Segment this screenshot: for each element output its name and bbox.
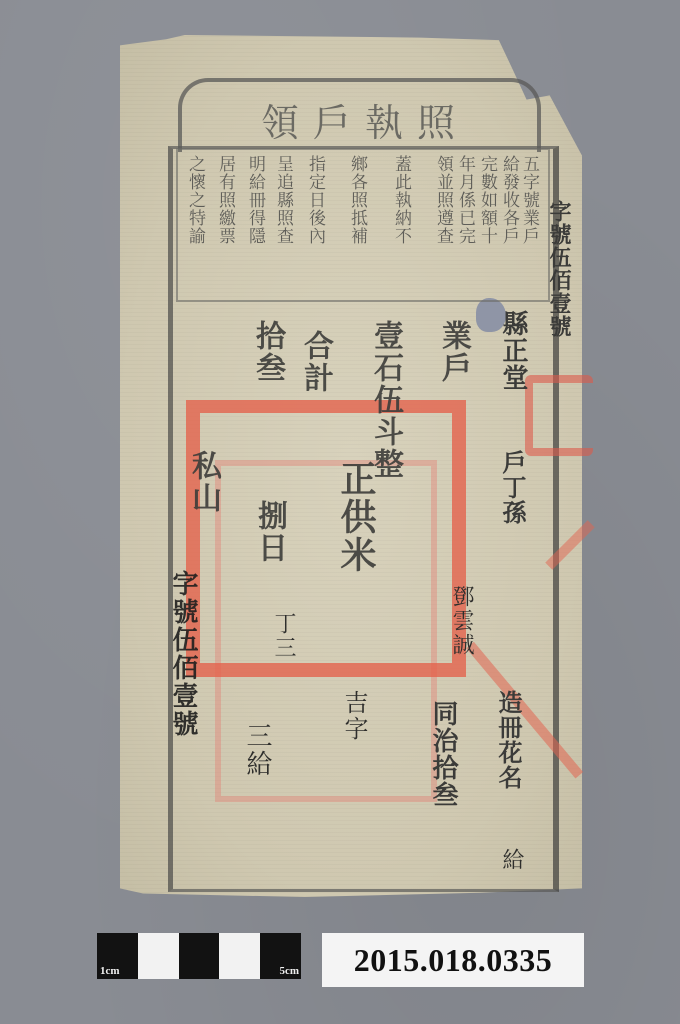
notice-column: 指定日後內 bbox=[306, 155, 323, 245]
notice-column: 給發收各戶 bbox=[500, 155, 517, 245]
notice-column: 居有照繳票 bbox=[216, 155, 233, 245]
main-column: 業戶 bbox=[438, 320, 468, 384]
notice-column: 五字號業戶 bbox=[520, 155, 537, 245]
main-column: 捌日 bbox=[254, 500, 284, 564]
seal-fragment bbox=[525, 375, 593, 456]
left-column: 私山 bbox=[188, 450, 218, 514]
scale-label-start: 1cm bbox=[100, 965, 120, 977]
notice-column: 之懷之特諭 bbox=[186, 155, 203, 245]
main-column: 壹石伍斗整 bbox=[370, 320, 400, 480]
scale-bar: 1cm 5cm bbox=[97, 933, 301, 979]
edge-column: 字號伍佰壹號 bbox=[548, 200, 570, 338]
notice-column: 完數如額十 bbox=[478, 155, 495, 245]
document-title: 領戶執照 bbox=[240, 92, 490, 147]
right-column: 縣正堂 bbox=[500, 310, 526, 391]
date-column: 同治拾叁 bbox=[430, 700, 456, 808]
notice-column: 蓋此執納不 bbox=[392, 155, 409, 245]
notice-column: 明給冊得隱 bbox=[246, 155, 263, 245]
handwritten-count: 三給 bbox=[244, 722, 270, 778]
handwritten-signature: 吉字 bbox=[342, 690, 366, 742]
scale-segment bbox=[179, 933, 220, 979]
handwritten-mark: 給 bbox=[500, 848, 522, 872]
notice-column: 鄉各照抵補 bbox=[348, 155, 365, 245]
right-column: 戶丁孫 bbox=[500, 450, 524, 525]
official-seal bbox=[186, 400, 466, 677]
catalog-number-label: 2015.018.0335 bbox=[322, 933, 584, 987]
scale-segment bbox=[219, 933, 260, 979]
handwritten-name: 鄧雲誠 bbox=[450, 585, 472, 657]
main-column: 合計 bbox=[300, 330, 330, 394]
scale-segment bbox=[138, 933, 179, 979]
right-column: 造冊花名 bbox=[496, 690, 520, 790]
amount-column: 正供米 bbox=[338, 460, 374, 574]
notice-column: 呈追縣照查 bbox=[274, 155, 291, 245]
registration-number: 字號伍佰壹號 bbox=[170, 570, 196, 738]
main-column: 拾叁 bbox=[252, 320, 282, 384]
notice-column: 領並照遵查 bbox=[434, 155, 451, 245]
scale-label-end: 5cm bbox=[279, 965, 299, 977]
handwritten-mark: 丁三 bbox=[272, 612, 294, 660]
notice-column: 年月係已完 bbox=[456, 155, 473, 245]
